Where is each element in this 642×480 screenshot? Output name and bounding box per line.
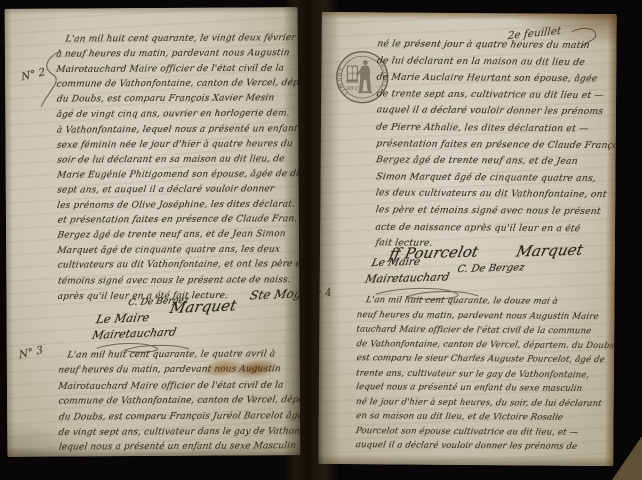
- right-page: 2e feuillet TIMBRE ROYAL 20 C: [318, 12, 617, 466]
- register-entry-4: L'an mil huit cent quarante, le douze ma…: [354, 295, 609, 456]
- entry-line: les deux cultivateurs au dit Vathonfonta…: [374, 188, 616, 206]
- entry-line: est comparu le sieur Charles Auguste Pou…: [355, 353, 611, 369]
- stamp-denomination: 20 C: [346, 86, 359, 92]
- signature-marquet: Marquet: [168, 296, 238, 317]
- scanned-register-spread: N° 2 L'an mil huit cent quarante, le vin…: [0, 0, 642, 480]
- entry-line: à Vathonfontaine, lequel nous a présenté…: [55, 124, 295, 141]
- register-entry-2: L'an mil huit cent quarante, le vingt de…: [55, 33, 295, 306]
- signature-marquet-2: Marquet: [515, 241, 585, 261]
- entry-line: commune de Vathonfontaine, canton de Ver…: [57, 395, 300, 412]
- entry-line: âgé de vingt cinq ans, ouvrier en horlog…: [55, 109, 295, 126]
- left-page: N° 2 L'an mil huit cent quarante, le vin…: [5, 7, 301, 457]
- officiant-title-2: Le Maire: [370, 256, 421, 269]
- margin-number-4: N° 4: [318, 286, 332, 303]
- entry-line: auquel il a déclaré vouloir donner les p…: [375, 105, 617, 123]
- entry-line: à neuf heures du matin, pardevant nous A…: [55, 48, 295, 65]
- entry-line: soir de lui déclarant en sa maison au di…: [56, 154, 296, 171]
- entry-line: cultivateurs au dit Vathonfontaine, et o…: [56, 260, 296, 277]
- register-entry-3: L'an mil huit cent quarante, le quatre a…: [57, 349, 300, 457]
- entry-line: Bergez âgé de trente neuf ans, et de Jea…: [375, 154, 617, 172]
- entry-line: de Pierre Athalie, les dites déclaration…: [375, 122, 617, 140]
- register-entry-3-continuation: né le présent jour à quatre heures du ma…: [374, 38, 616, 256]
- signature-bergez-2: C. De Bergez: [456, 262, 525, 275]
- entry-line: sept ans, et auquel il a déclaré vouloir…: [56, 184, 296, 201]
- entry-line: auquel il a déclaré vouloir donner les p…: [354, 440, 610, 456]
- entry-line: L'an mil huit cent quarante, le douze ma…: [355, 295, 611, 311]
- entry-line: les père et témoins signé avec nous le p…: [374, 204, 616, 222]
- under-page-corner: [612, 436, 642, 480]
- entry-line: présentation faites en présence de Claud…: [375, 138, 617, 156]
- entry-line: Bergez âgé de trente neuf ans, et de Jea…: [56, 229, 296, 246]
- margin-number-3: N° 3: [18, 344, 43, 362]
- officiant-title: Le Maire: [95, 310, 151, 326]
- entry-line: en sa maison au dit lieu, et de Victoire…: [355, 411, 611, 427]
- entry-line: de lui déclarant en la maison au dit lie…: [375, 55, 616, 73]
- entry-line: du Doubs, est comparu François Juréol Ba…: [57, 411, 300, 428]
- entry-line: neuf heures du matin, pardevant nous Aug…: [57, 364, 300, 381]
- entry-line: du Doubs, est comparu François Xavier Me…: [55, 93, 295, 110]
- entry-line: L'an mil huit cent quarante, le vingt de…: [55, 33, 295, 50]
- entry-line: né le présent jour à quatre heures du ma…: [375, 38, 616, 56]
- entry-line: neuf heures du matin, pardevant nous Aug…: [355, 310, 611, 326]
- entry-line: lequel nous a présenté un enfant du sexe…: [355, 382, 611, 398]
- signature-moger: Ste Moger: [249, 286, 301, 303]
- entry-line: Marie Eugénie Phitigomend son épouse, âg…: [56, 169, 296, 186]
- entry-line: lequel nous a présenté un enfant du sexe…: [57, 441, 300, 456]
- entry-line: sexe féminin née le jour d'hier à quatre…: [56, 139, 296, 156]
- entry-line: et présentation faites en présence de Cl…: [56, 214, 296, 231]
